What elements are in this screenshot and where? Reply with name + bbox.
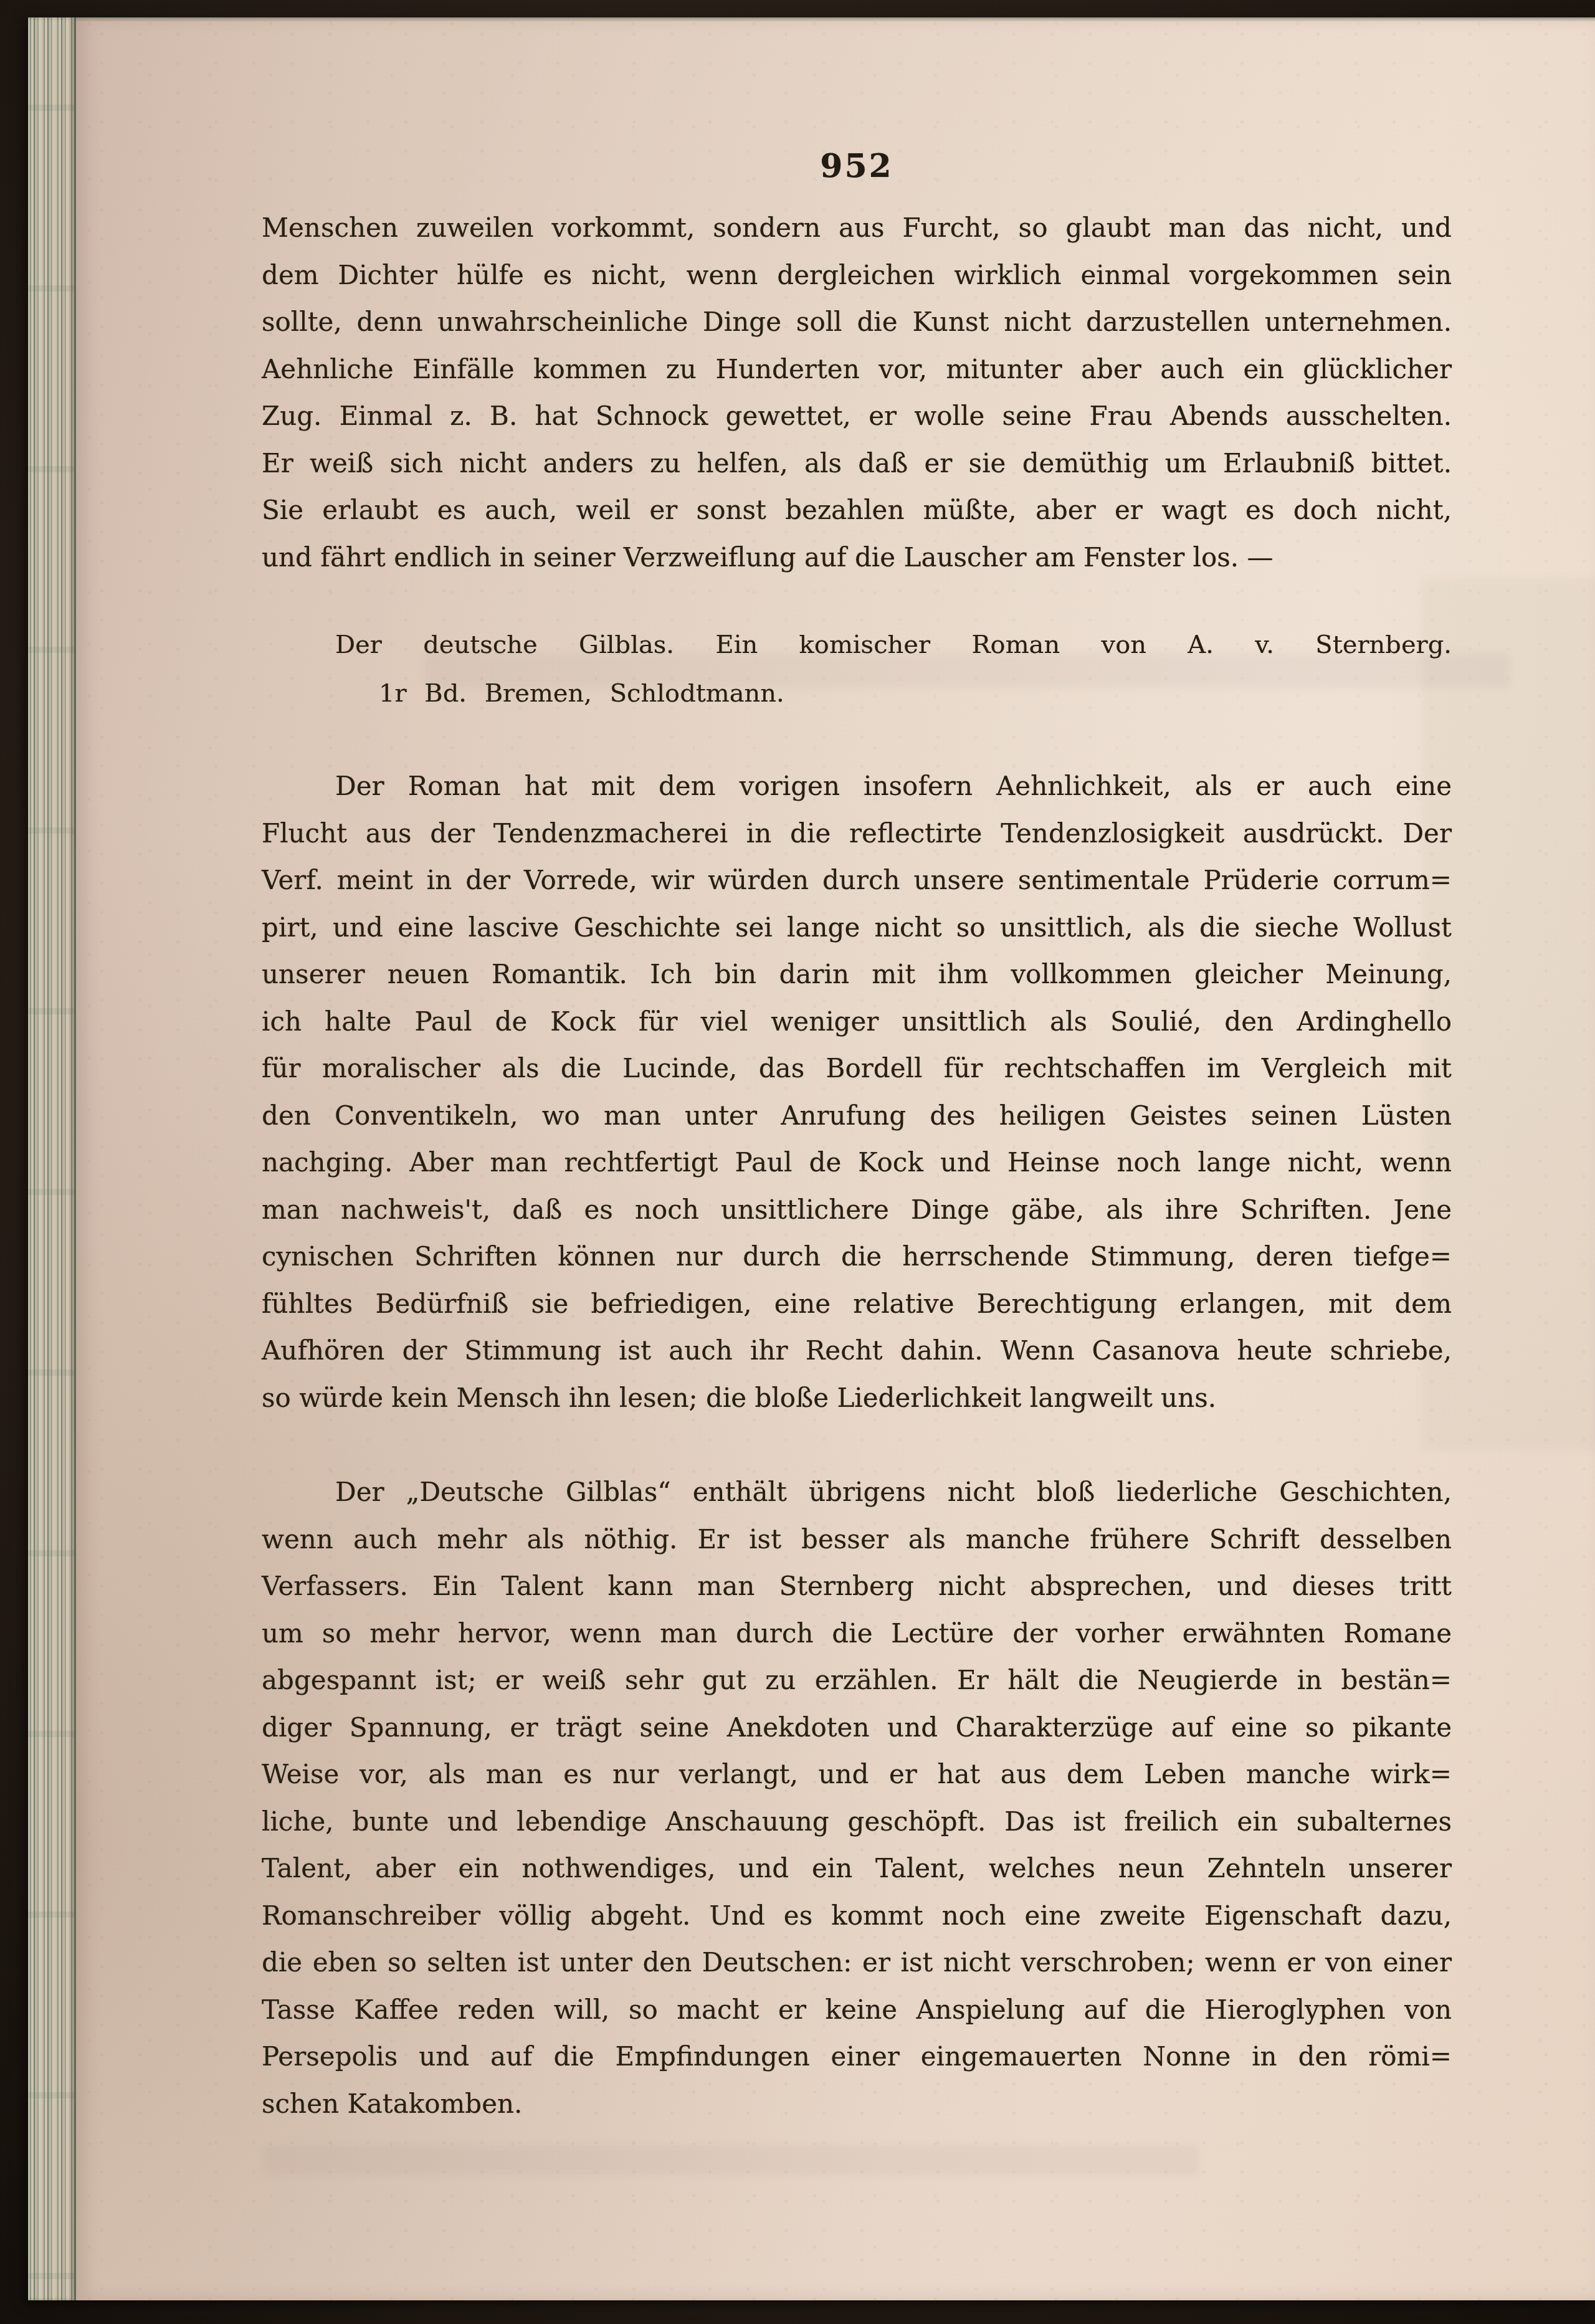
text-line: Verf. meint in der Vorrede, wir würden d… xyxy=(262,857,1452,904)
text-line: Persepolis und auf die Empfindungen eine… xyxy=(262,2033,1452,2080)
page-stack-edges xyxy=(28,17,76,2300)
text-line: nachging. Aber man rechtfertigt Paul de … xyxy=(262,1139,1452,1186)
bleedthrough-smudge xyxy=(263,2145,1197,2175)
review-imprint: 1r Bd. Bremen, Schlodtmann. xyxy=(379,669,1452,718)
text-line: den Conventikeln, wo man unter Anrufung … xyxy=(262,1092,1452,1140)
review-title: Der deutsche Gilblas. Ein komischer Roma… xyxy=(335,621,1452,669)
text-line: um so mehr hervor, wenn man durch die Le… xyxy=(262,1610,1452,1657)
paragraph-review-2: Der „Deutsche Gilblas“ enthält übrigens … xyxy=(262,1469,1452,2127)
text-line: schen Katakomben. xyxy=(262,2080,1452,2128)
text-line: liche, bunte und lebendige Anschauung ge… xyxy=(262,1798,1452,1845)
book-page: 952 Menschen zuweilen vorkommt, sondern … xyxy=(28,17,1595,2300)
page-number: 952 xyxy=(262,147,1452,185)
text-line: fühltes Bedürfniß sie befriedigen, eine … xyxy=(262,1280,1452,1328)
text-line: die eben so selten ist unter den Deutsch… xyxy=(262,1939,1452,1986)
text-line: Aufhören der Stimmung ist auch ihr Recht… xyxy=(262,1327,1452,1374)
text-line: Weise vor, als man es nur verlangt, und … xyxy=(262,1751,1452,1798)
text-line: Romanschreiber völlig abgeht. Und es kom… xyxy=(262,1892,1452,1940)
scan-background: 952 Menschen zuweilen vorkommt, sondern … xyxy=(0,0,1595,2324)
text-line: Er weiß sich nicht anders zu helfen, als… xyxy=(262,440,1452,487)
text-line: diger Spannung, er trägt seine Anekdoten… xyxy=(262,1704,1452,1751)
text-line: Verfassers. Ein Talent kann man Sternber… xyxy=(262,1563,1452,1610)
text-line: dem Dichter hülfe es nicht, wenn derglei… xyxy=(262,252,1452,299)
text-line: Zug. Einmal z. B. hat Schnock gewettet, … xyxy=(262,393,1452,440)
text-line: Tasse Kaffee reden will, so macht er kei… xyxy=(262,1986,1452,2034)
text-line: für moralischer als die Lucinde, das Bor… xyxy=(262,1045,1452,1092)
text-line: Talent, aber ein nothwendiges, und ein T… xyxy=(262,1845,1452,1892)
page-surface: 952 Menschen zuweilen vorkommt, sondern … xyxy=(76,17,1595,2300)
text-line: abgespannt ist; er weiß sehr gut zu erzä… xyxy=(262,1657,1452,1704)
text-line: man nachweis't, daß es noch unsittlicher… xyxy=(262,1186,1452,1234)
text-line: sollte, denn unwahrscheinliche Dinge sol… xyxy=(262,298,1452,346)
text-line: Menschen zuweilen vorkommt, sondern aus … xyxy=(262,204,1452,252)
paragraph-continuation: Menschen zuweilen vorkommt, sondern aus … xyxy=(262,204,1452,581)
text-line: Der Roman hat mit dem vorigen insofern A… xyxy=(262,763,1452,810)
text-line: Flucht aus der Tendenzmacherei in die re… xyxy=(262,810,1452,857)
text-line: und fährt endlich in seiner Verzweiflung… xyxy=(262,534,1452,581)
text-line: Der „Deutsche Gilblas“ enthält übrigens … xyxy=(262,1469,1452,1516)
text-line: pirt, und eine lascive Geschichte sei la… xyxy=(262,904,1452,951)
text-line: so würde kein Mensch ihn lesen; die bloß… xyxy=(262,1374,1452,1422)
text-block: Menschen zuweilen vorkommt, sondern aus … xyxy=(262,204,1452,2127)
text-line: Aehnliche Einfälle kommen zu Hunderten v… xyxy=(262,346,1452,393)
text-line: unserer neuen Romantik. Ich bin darin mi… xyxy=(262,951,1452,998)
text-line: ich halte Paul de Kock für viel weniger … xyxy=(262,998,1452,1045)
review-heading: Der deutsche Gilblas. Ein komischer Roma… xyxy=(262,621,1452,718)
text-line: wenn auch mehr als nöthig. Er ist besser… xyxy=(262,1516,1452,1563)
paragraph-review-1: Der Roman hat mit dem vorigen insofern A… xyxy=(262,763,1452,1421)
text-line: cynischen Schriften können nur durch die… xyxy=(262,1233,1452,1280)
text-line: Sie erlaubt es auch, weil er sonst bezah… xyxy=(262,487,1452,534)
